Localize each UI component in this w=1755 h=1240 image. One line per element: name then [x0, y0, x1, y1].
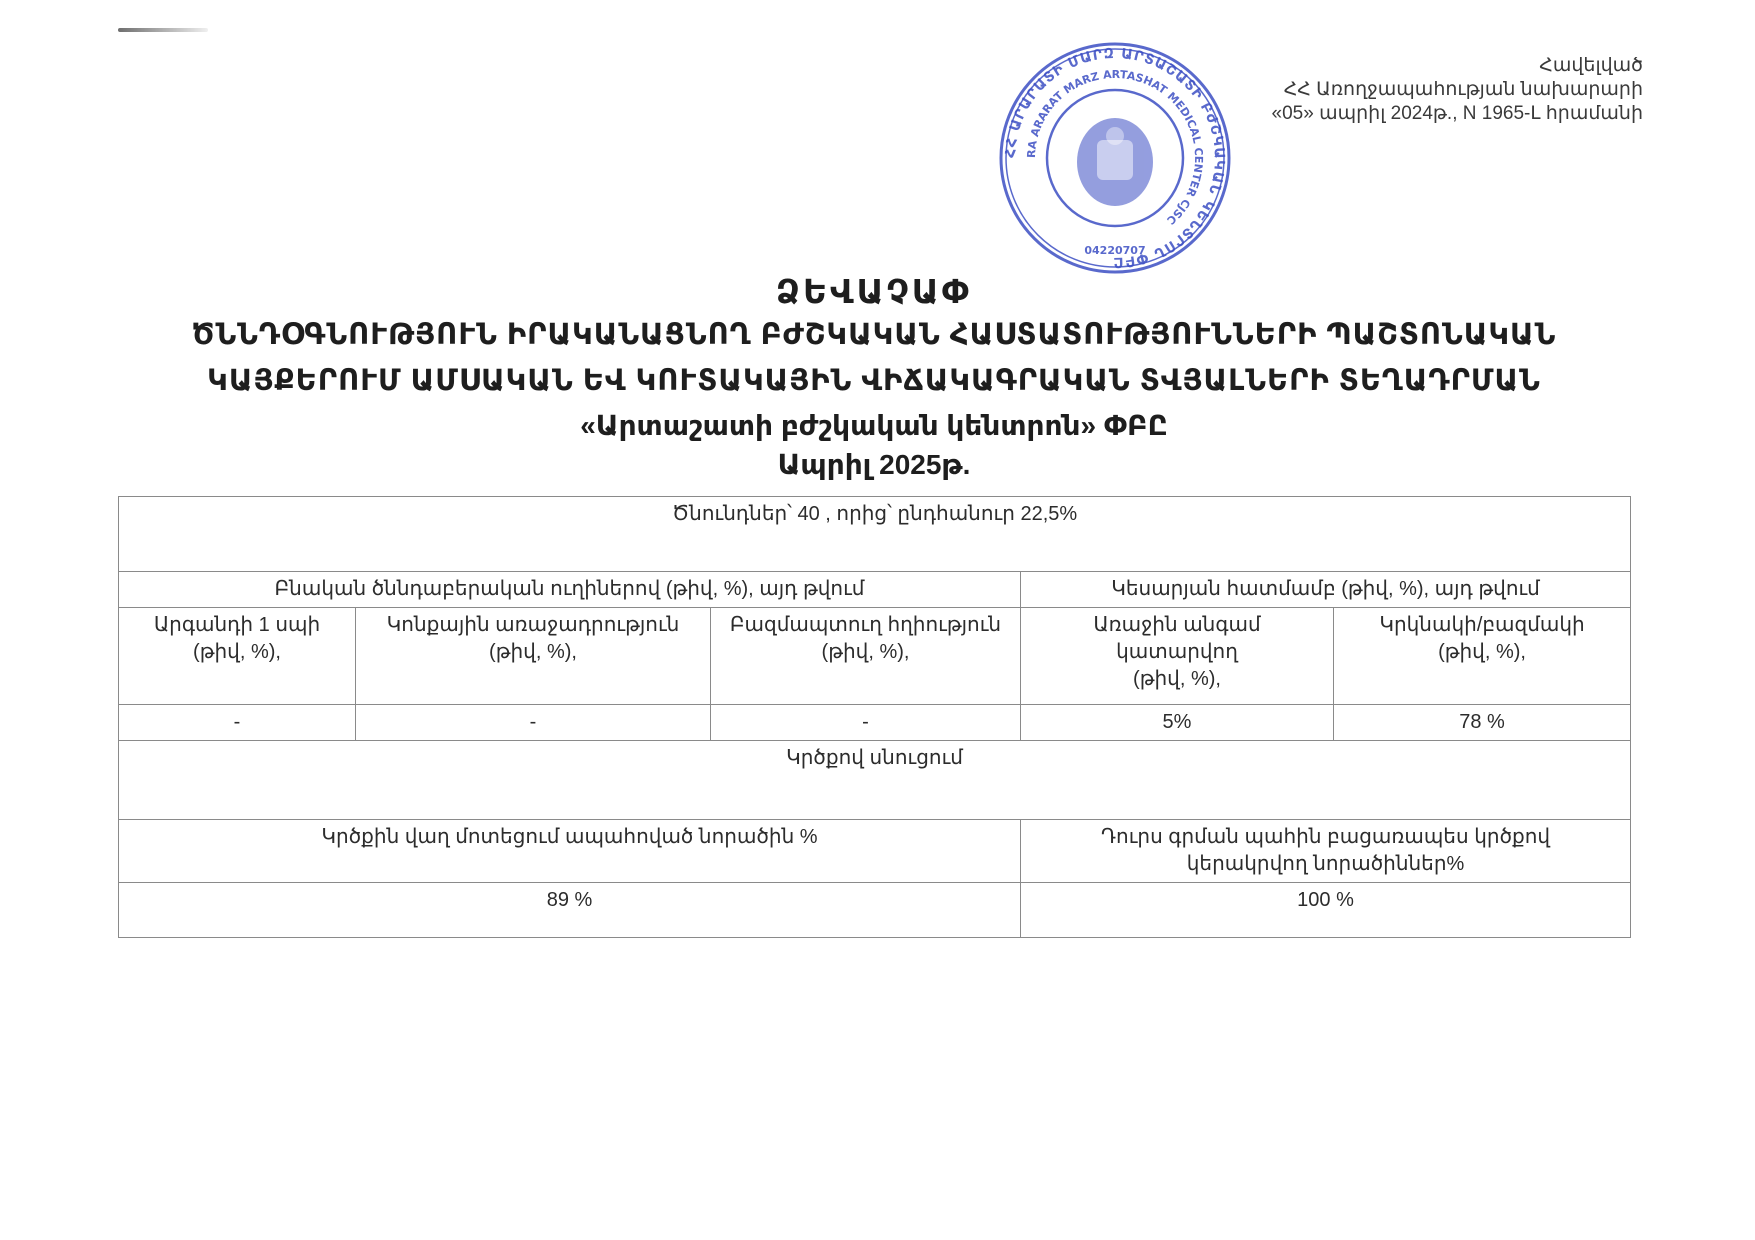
breastfeeding-values-row: 89 % 100 %: [119, 883, 1631, 938]
approval-line-1: Հավելված: [1272, 54, 1643, 78]
form-heading: ՁԵՎԱՉԱՓ: [118, 272, 1630, 312]
delivery-group-header-row: Բնական ծննդաբերական ուղիներով (թիվ, %), …: [119, 572, 1631, 608]
column-header-breech: Կոնքային առաջադրություն (թիվ, %),: [356, 608, 711, 705]
form-subtitle-line-1: ԾՆՆԴՕԳՆՈՒԹՅՈՒՆ ԻՐԱԿԱՆԱՑՆՈՂ ԲԺՇԿԱԿԱՆ ՀԱՍՏ…: [118, 312, 1630, 358]
breastfeeding-header-row: Կրծքով սնուցում: [119, 741, 1631, 820]
early-attachment-label: Կրծքին վաղ մոտեցում ապահոված նորածին %: [119, 820, 1021, 883]
svg-text:04220707: 04220707: [1084, 244, 1145, 257]
official-stamp: ՀՀ ԱՐԱՐԱՏԻ ՄԱՐԶ ԱՐՏԱՇԱՏԻ ԲԺՇԿԱԿԱՆ ԿԵՆՏՐՈ…: [997, 40, 1233, 276]
approval-line-2: ՀՀ Առողջապահության նախարարի: [1272, 78, 1643, 102]
value-repeat-cesarean: 78 %: [1334, 705, 1631, 741]
organization-name: «Արտաշատի բժշկական կենտրոն» ՓԲԸ: [118, 406, 1630, 446]
document-title-block: ՁԵՎԱՉԱՓ ԾՆՆԴՕԳՆՈՒԹՅՈՒՆ ԻՐԱԿԱՆԱՑՆՈՂ ԲԺՇԿԱ…: [118, 272, 1630, 484]
value-uterine-scar: -: [119, 705, 356, 741]
values-row: - - - 5% 78 %: [119, 705, 1631, 741]
births-summary-row: Ծնունդներ՝ 40 , որից՝ ընդհանուր 22,5%: [119, 497, 1631, 572]
column-header-repeat-cesarean: Կրկնակի/բազմակի (թիվ, %),: [1334, 608, 1631, 705]
scan-artifact-mark: [118, 28, 208, 32]
column-header-multiple-pregnancy: Բազմապտուղ հղիություն (թիվ, %),: [711, 608, 1021, 705]
value-first-cesarean: 5%: [1021, 705, 1334, 741]
column-header-row: Արգանդի 1 սպի (թիվ, %), Կոնքային առաջադր…: [119, 608, 1631, 705]
form-subtitle-line-2: ԿԱՅՔԵՐՈՒՄ ԱՄՍԱԿԱՆ ԵՎ ԿՈՒՏԱԿԱՅԻՆ ՎԻՃԱԿԱԳՐ…: [118, 358, 1630, 404]
approval-note: Հավելված ՀՀ Առողջապահության նախարարի «05…: [1272, 54, 1643, 126]
value-breech: -: [356, 705, 711, 741]
column-header-uterine-scar: Արգանդի 1 սպի (թիվ, %),: [119, 608, 356, 705]
statistics-table: Ծնունդներ՝ 40 , որից՝ ընդհանուր 22,5% Բն…: [118, 496, 1631, 938]
exclusive-breastfeeding-label: Դուրս գրման պահին բացառապես կրծքով կերակ…: [1021, 820, 1631, 883]
births-summary-cell: Ծնունդներ՝ 40 , որից՝ ընդհանուր 22,5%: [119, 497, 1631, 572]
coat-of-arms-icon: [1077, 118, 1153, 206]
exclusive-breastfeeding-value: 100 %: [1021, 883, 1631, 938]
stamp-seal-icon: ՀՀ ԱՐԱՐԱՏԻ ՄԱՐԶ ԱՐՏԱՇԱՏԻ ԲԺՇԿԱԿԱՆ ԿԵՆՏՐՈ…: [997, 40, 1233, 276]
natural-delivery-group-header: Բնական ծննդաբերական ուղիներով (թիվ, %), …: [119, 572, 1021, 608]
approval-line-3: «05» ապրիլ 2024թ., N 1965-Լ հրամանի: [1272, 102, 1643, 126]
report-period: Ապրիլ 2025թ.: [118, 446, 1630, 484]
value-multiple-pregnancy: -: [711, 705, 1021, 741]
breastfeeding-header: Կրծքով սնուցում: [119, 741, 1631, 820]
cesarean-group-header: Կեսարյան հատմամբ (թիվ, %), այդ թվում: [1021, 572, 1631, 608]
breastfeeding-label-row: Կրծքին վաղ մոտեցում ապահոված նորածին % Դ…: [119, 820, 1631, 883]
early-attachment-value: 89 %: [119, 883, 1021, 938]
column-header-first-cesarean: Առաջին անգամ կատարվող (թիվ, %),: [1021, 608, 1334, 705]
